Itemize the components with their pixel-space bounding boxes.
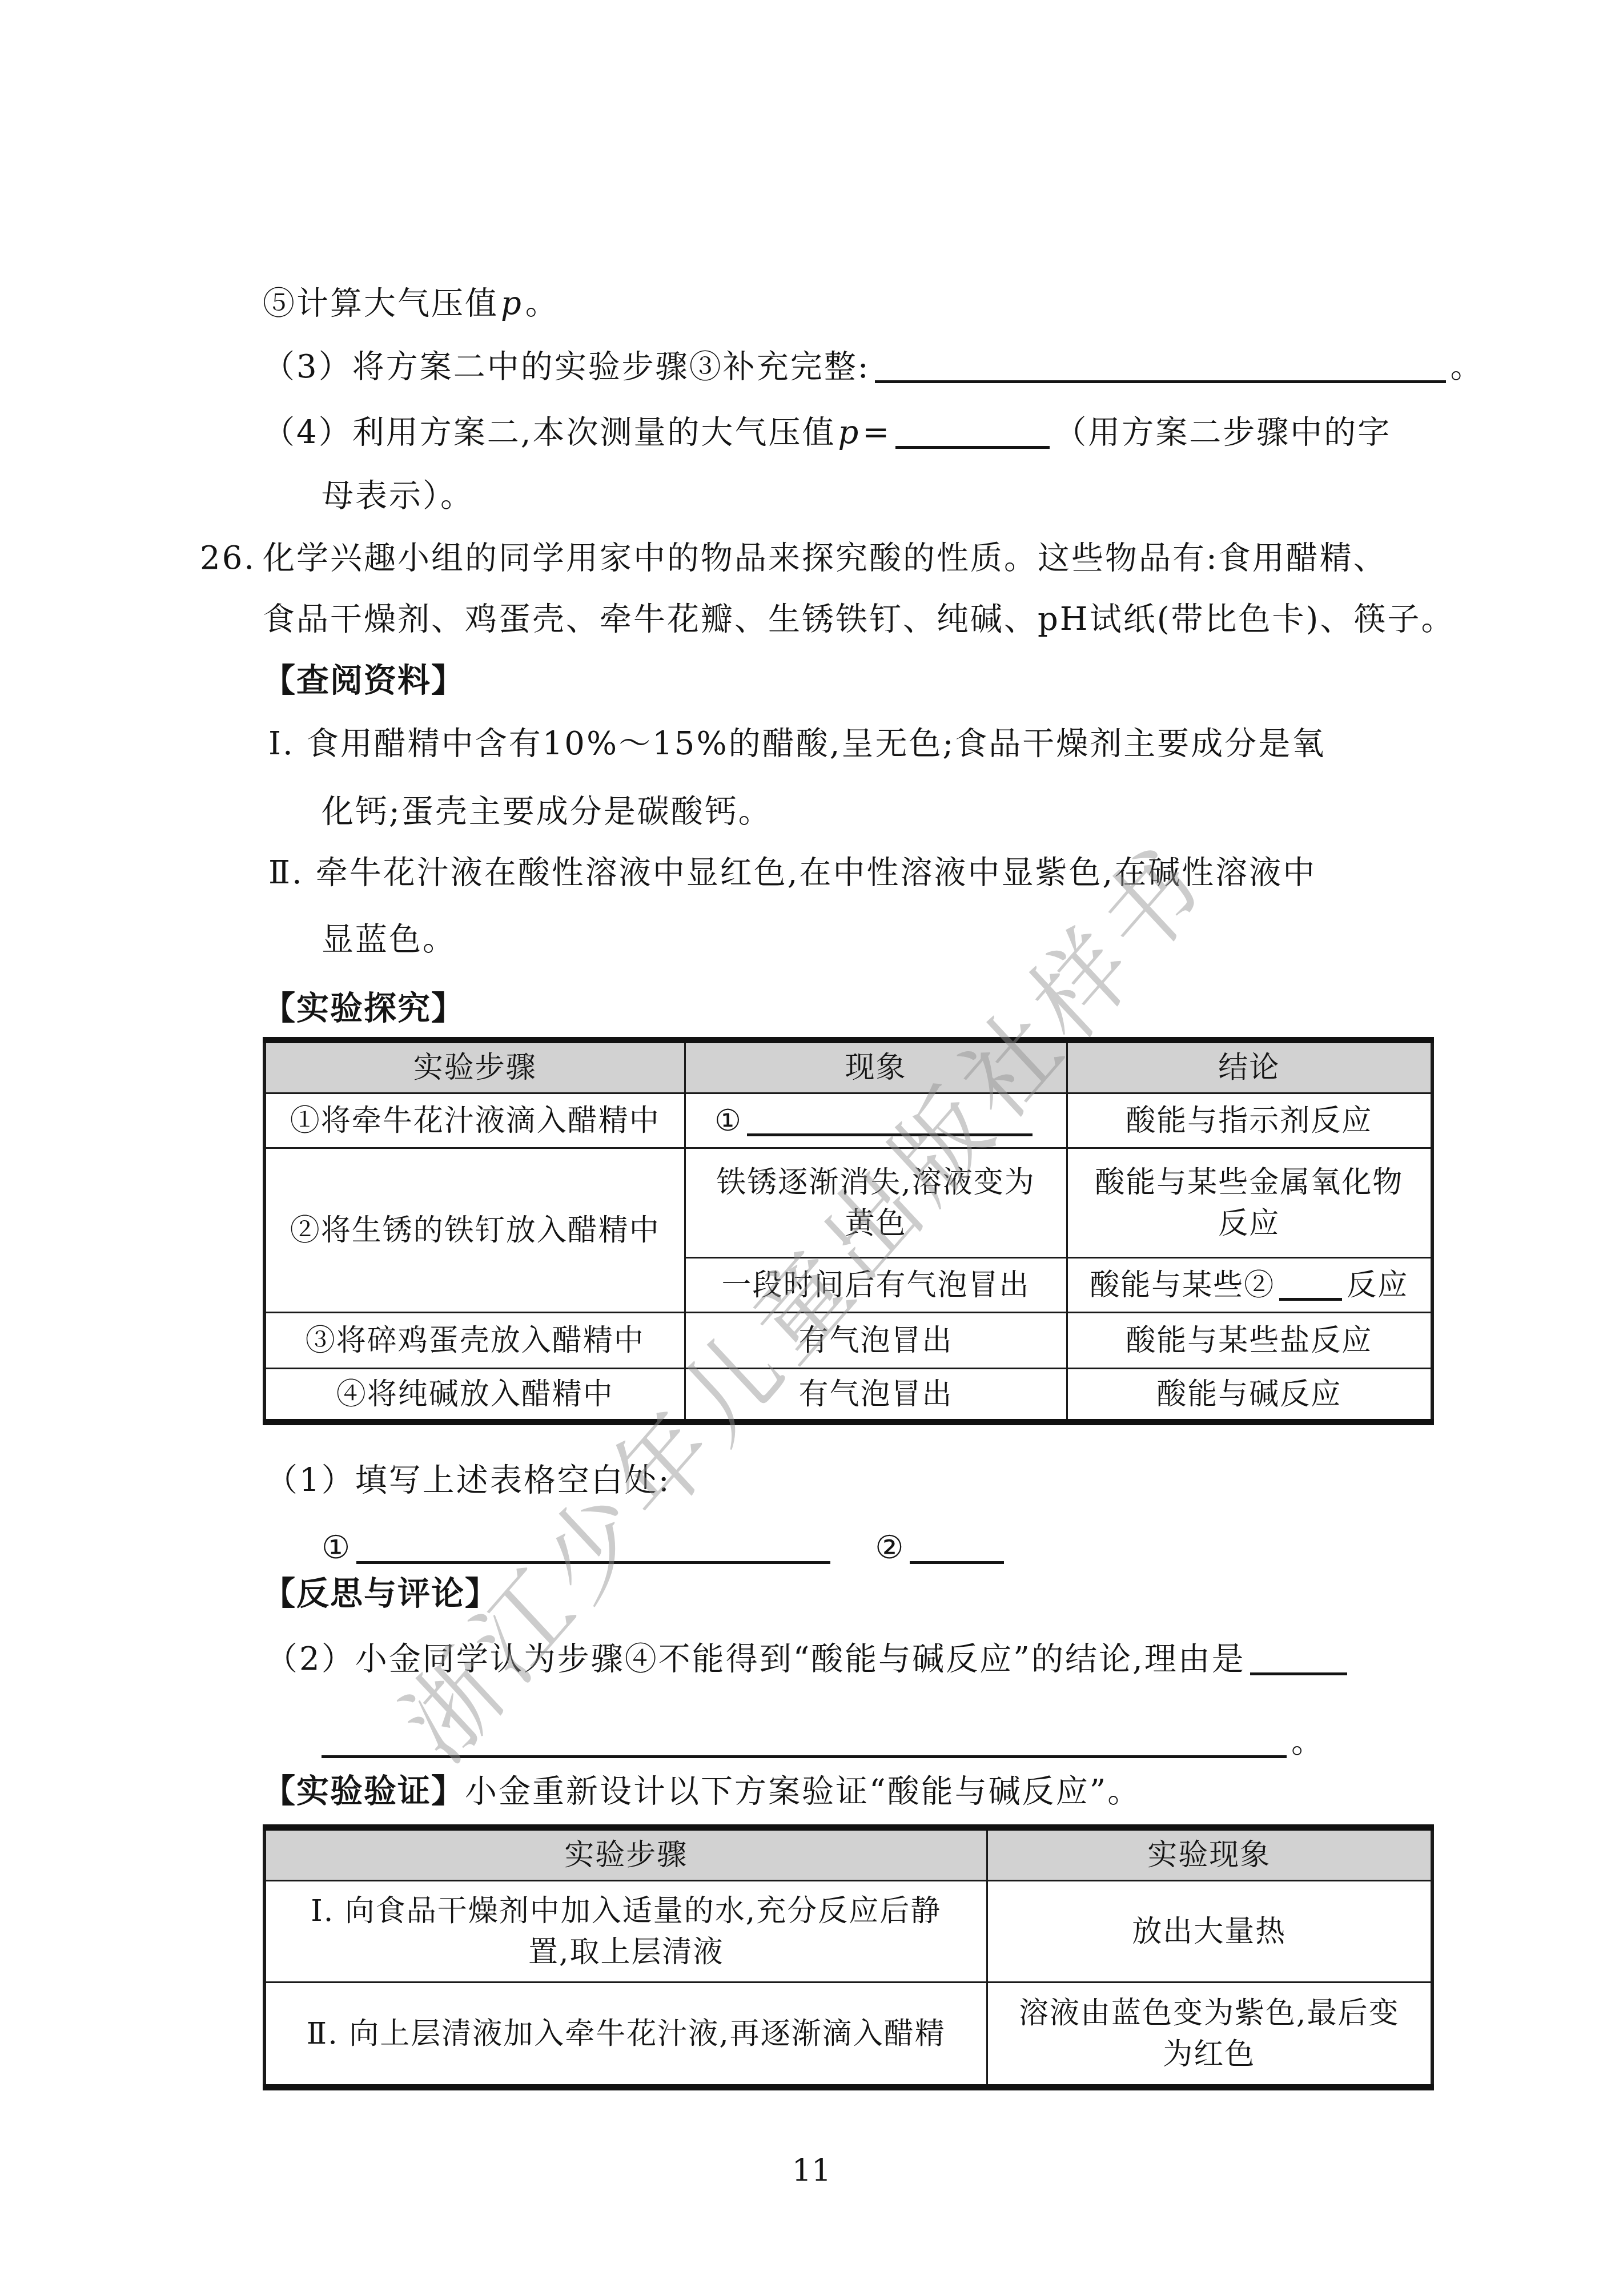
t2-r2-phen-line2: 为红色: [996, 2034, 1423, 2075]
t1-r5-phenomenon: 有气泡冒出: [685, 1369, 1067, 1422]
q26-reflect-title-text: 【反思与评论】: [263, 1575, 499, 1613]
q26-fill2-mark: ②: [875, 1529, 905, 1566]
q26-fill1-answer-blank[interactable]: [356, 1529, 830, 1564]
q26-info2-line1: Ⅱ. 牵牛花汁液在酸性溶液中显红色,在中性溶液中显紫色,在碱性溶液中: [268, 855, 1316, 891]
t1-r4-phenomenon: 有气泡冒出: [685, 1313, 1067, 1369]
page-number: 11: [0, 2153, 1623, 2189]
q25-part3-answer-blank[interactable]: [875, 348, 1446, 383]
table2-header-phenomenon: 实验现象: [987, 1828, 1432, 1881]
t1-r3-concl-suffix: 反应: [1347, 1268, 1408, 1302]
q26-number: 26.: [200, 541, 263, 576]
q26-info1-line2: 化钙;蛋壳主要成分是碳酸钙。: [322, 794, 772, 830]
table-row: ②将生锈的铁钉放入醋精中 铁锈逐渐消失,溶液变为 黄色 酸能与某些金属氧化物 反…: [264, 1148, 1432, 1258]
t1-r3-answer-blank[interactable]: [1279, 1266, 1342, 1301]
t1-r3-phenomenon: 一段时间后有气泡冒出: [685, 1258, 1067, 1313]
t1-r2-step: ②将生锈的铁钉放入醋精中: [264, 1148, 685, 1313]
t1-r2-concl-line1: 酸能与某些金属氧化物: [1076, 1162, 1423, 1203]
q26-verify-line: 【实验验证】小金重新设计以下方案验证“酸能与碱反应”。: [263, 1774, 1141, 1810]
q25-part3-label: （3）将方案二中的实验步骤③补充完整:: [263, 348, 870, 385]
t2-r1-step-line2: 置,取上层清液: [274, 1932, 978, 1973]
t1-r1-phen-prefix: ①: [714, 1104, 742, 1138]
q26-intro-text1: 化学兴趣小组的同学用家中的物品来探究酸的性质。这些物品有:食用醋精、: [263, 540, 1387, 577]
t1-r5-conclusion: 酸能与碱反应: [1067, 1369, 1432, 1422]
q26-part2-line: （2）小金同学认为步骤④不能得到“酸能与碱反应”的结论,理由是: [266, 1640, 1347, 1677]
table-row: ④将纯碱放入醋精中 有气泡冒出 酸能与碱反应: [264, 1369, 1432, 1422]
q26-intro-line2: 食品干燥剂、鸡蛋壳、牵牛花瓣、生锈铁钉、纯碱、pH试纸(带比色卡)、筷子。: [263, 602, 1455, 637]
exam-page: { "page": { "number": "11" }, "watermark…: [0, 0, 1623, 2296]
t2-r2-step: Ⅱ. 向上层清液加入牵牛花汁液,再逐渐滴入醋精: [264, 1983, 987, 2088]
q25-part4-line: （4）利用方案二,本次测量的大气压值p=（用方案二步骤中的字: [263, 414, 1391, 451]
q25-part4-variable: p: [835, 414, 862, 451]
table-row-header: 实验步骤 现象 结论: [264, 1040, 1432, 1093]
t1-r2-phen-line2: 黄色: [694, 1203, 1058, 1244]
t2-r1-step: Ⅰ. 向食品干燥剂中加入适量的水,充分反应后静 置,取上层清液: [264, 1881, 987, 1983]
t1-r2-phen-line1: 铁锈逐渐消失,溶液变为: [694, 1162, 1058, 1203]
q26-reflect-title: 【反思与评论】: [263, 1576, 499, 1611]
q26-lookup-title: 【查阅资料】: [263, 663, 465, 698]
q25-part4-answer-blank[interactable]: [895, 414, 1050, 449]
q25-step5-variable: p: [499, 285, 525, 322]
q26-info2-line2: 显蓝色。: [322, 922, 456, 958]
t1-r1-answer-blank[interactable]: [747, 1101, 1033, 1136]
q26-part2-answer-blank-b[interactable]: [322, 1723, 1287, 1758]
table1-header-phenomenon: 现象: [685, 1040, 1067, 1093]
table1-header-conclusion: 结论: [1067, 1040, 1432, 1093]
q26-part2-answer-blank-a[interactable]: [1250, 1640, 1347, 1675]
q25-part4-cont-text: 母表示）。: [322, 477, 474, 514]
q25-step5-period: 。: [525, 285, 559, 322]
q26-intro-text2: 食品干燥剂、鸡蛋壳、牵牛花瓣、生锈铁钉、纯碱、pH试纸(带比色卡)、筷子。: [263, 601, 1455, 638]
q26-info2-text1: Ⅱ. 牵牛花汁液在酸性溶液中显红色,在中性溶液中显紫色,在碱性溶液中: [268, 854, 1316, 891]
q25-part4-continuation: 母表示）。: [322, 478, 474, 514]
t1-r1-phenomenon: ①: [685, 1093, 1067, 1148]
q26-fill1-mark: ①: [322, 1529, 352, 1566]
q26-fill2-answer-blank[interactable]: [910, 1529, 1004, 1564]
table2-header-steps: 实验步骤: [264, 1828, 987, 1881]
t1-r1-step: ①将牵牛花汁液滴入醋精中: [264, 1093, 685, 1148]
q25-step5-text: ⑤计算大气压值: [263, 285, 499, 322]
q26-part2-text: （2）小金同学认为步骤④不能得到“酸能与碱反应”的结论,理由是: [266, 1640, 1246, 1678]
q25-part3-line: （3）将方案二中的实验步骤③补充完整:。: [263, 348, 1484, 385]
q25-step5-line: ⑤计算大气压值p。: [263, 286, 559, 321]
q26-fill-answers-line: ①②: [322, 1529, 1009, 1566]
q25-part4-suffix: （用方案二步骤中的字: [1054, 414, 1391, 451]
q26-verify-title: 【实验验证】: [263, 1772, 465, 1810]
t1-r2-concl-line2: 反应: [1076, 1203, 1423, 1244]
table-row: Ⅱ. 向上层清液加入牵牛花汁液,再逐渐滴入醋精 溶液由蓝色变为紫色,最后变 为红…: [264, 1983, 1432, 2088]
q25-part4-equals: =: [862, 414, 891, 451]
t1-r4-step: ③将碎鸡蛋壳放入醋精中: [264, 1313, 685, 1369]
t1-r4-conclusion: 酸能与某些盐反应: [1067, 1313, 1432, 1369]
q26-fill-label: （1）填写上述表格空白处:: [266, 1462, 671, 1499]
t1-r3-concl-prefix: 酸能与某些②: [1090, 1268, 1275, 1302]
q26-part2-continuation: 。: [322, 1723, 1325, 1760]
q25-part3-period: 。: [1451, 348, 1484, 385]
q26-fill-label-line: （1）填写上述表格空白处:: [266, 1463, 671, 1498]
t1-r5-step: ④将纯碱放入醋精中: [264, 1369, 685, 1422]
q26-info1-line1: Ⅰ. 食用醋精中含有10%～15%的醋酸,呈无色;食品干燥剂主要成分是氧: [268, 726, 1325, 762]
q26-info2-text2: 显蓝色。: [322, 921, 456, 958]
experiment-table: 实验步骤 现象 结论 ①将牵牛花汁液滴入醋精中 ① 酸能与指示剂反应 ②将生锈的…: [263, 1037, 1434, 1425]
t1-r3-conclusion: 酸能与某些②反应: [1067, 1258, 1432, 1313]
q26-info1-text2: 化钙;蛋壳主要成分是碳酸钙。: [322, 793, 772, 830]
q25-part4-label: （4）利用方案二,本次测量的大气压值: [263, 414, 835, 451]
q26-explore-title-text: 【实验探究】: [263, 990, 465, 1027]
verification-table: 实验步骤 实验现象 Ⅰ. 向食品干燥剂中加入适量的水,充分反应后静 置,取上层清…: [263, 1824, 1434, 2090]
q26-intro-line1: 26.化学兴趣小组的同学用家中的物品来探究酸的性质。这些物品有:食用醋精、: [200, 541, 1387, 576]
t1-r1-conclusion: 酸能与指示剂反应: [1067, 1093, 1432, 1148]
q26-explore-title: 【实验探究】: [263, 991, 465, 1026]
table-row: Ⅰ. 向食品干燥剂中加入适量的水,充分反应后静 置,取上层清液 放出大量热: [264, 1881, 1432, 1983]
q26-lookup-title-text: 【查阅资料】: [263, 662, 465, 699]
q26-part2-period: 。: [1291, 1723, 1325, 1760]
table-row: ①将牵牛花汁液滴入醋精中 ① 酸能与指示剂反应: [264, 1093, 1432, 1148]
q26-verify-text: 小金重新设计以下方案验证“酸能与碱反应”。: [465, 1773, 1141, 1810]
table-row: ③将碎鸡蛋壳放入醋精中 有气泡冒出 酸能与某些盐反应: [264, 1313, 1432, 1369]
table-row-header: 实验步骤 实验现象: [264, 1828, 1432, 1881]
t2-r1-phenomenon: 放出大量热: [987, 1881, 1432, 1983]
q26-info1-text1: Ⅰ. 食用醋精中含有10%～15%的醋酸,呈无色;食品干燥剂主要成分是氧: [268, 725, 1325, 762]
t2-r1-step-line1: Ⅰ. 向食品干燥剂中加入适量的水,充分反应后静: [274, 1891, 978, 1932]
t2-r2-phen-line1: 溶液由蓝色变为紫色,最后变: [996, 1993, 1423, 2034]
t1-r2-phenomenon: 铁锈逐渐消失,溶液变为 黄色: [685, 1148, 1067, 1258]
table1-header-steps: 实验步骤: [264, 1040, 685, 1093]
t2-r2-phenomenon: 溶液由蓝色变为紫色,最后变 为红色: [987, 1983, 1432, 2088]
t1-r2-conclusion: 酸能与某些金属氧化物 反应: [1067, 1148, 1432, 1258]
